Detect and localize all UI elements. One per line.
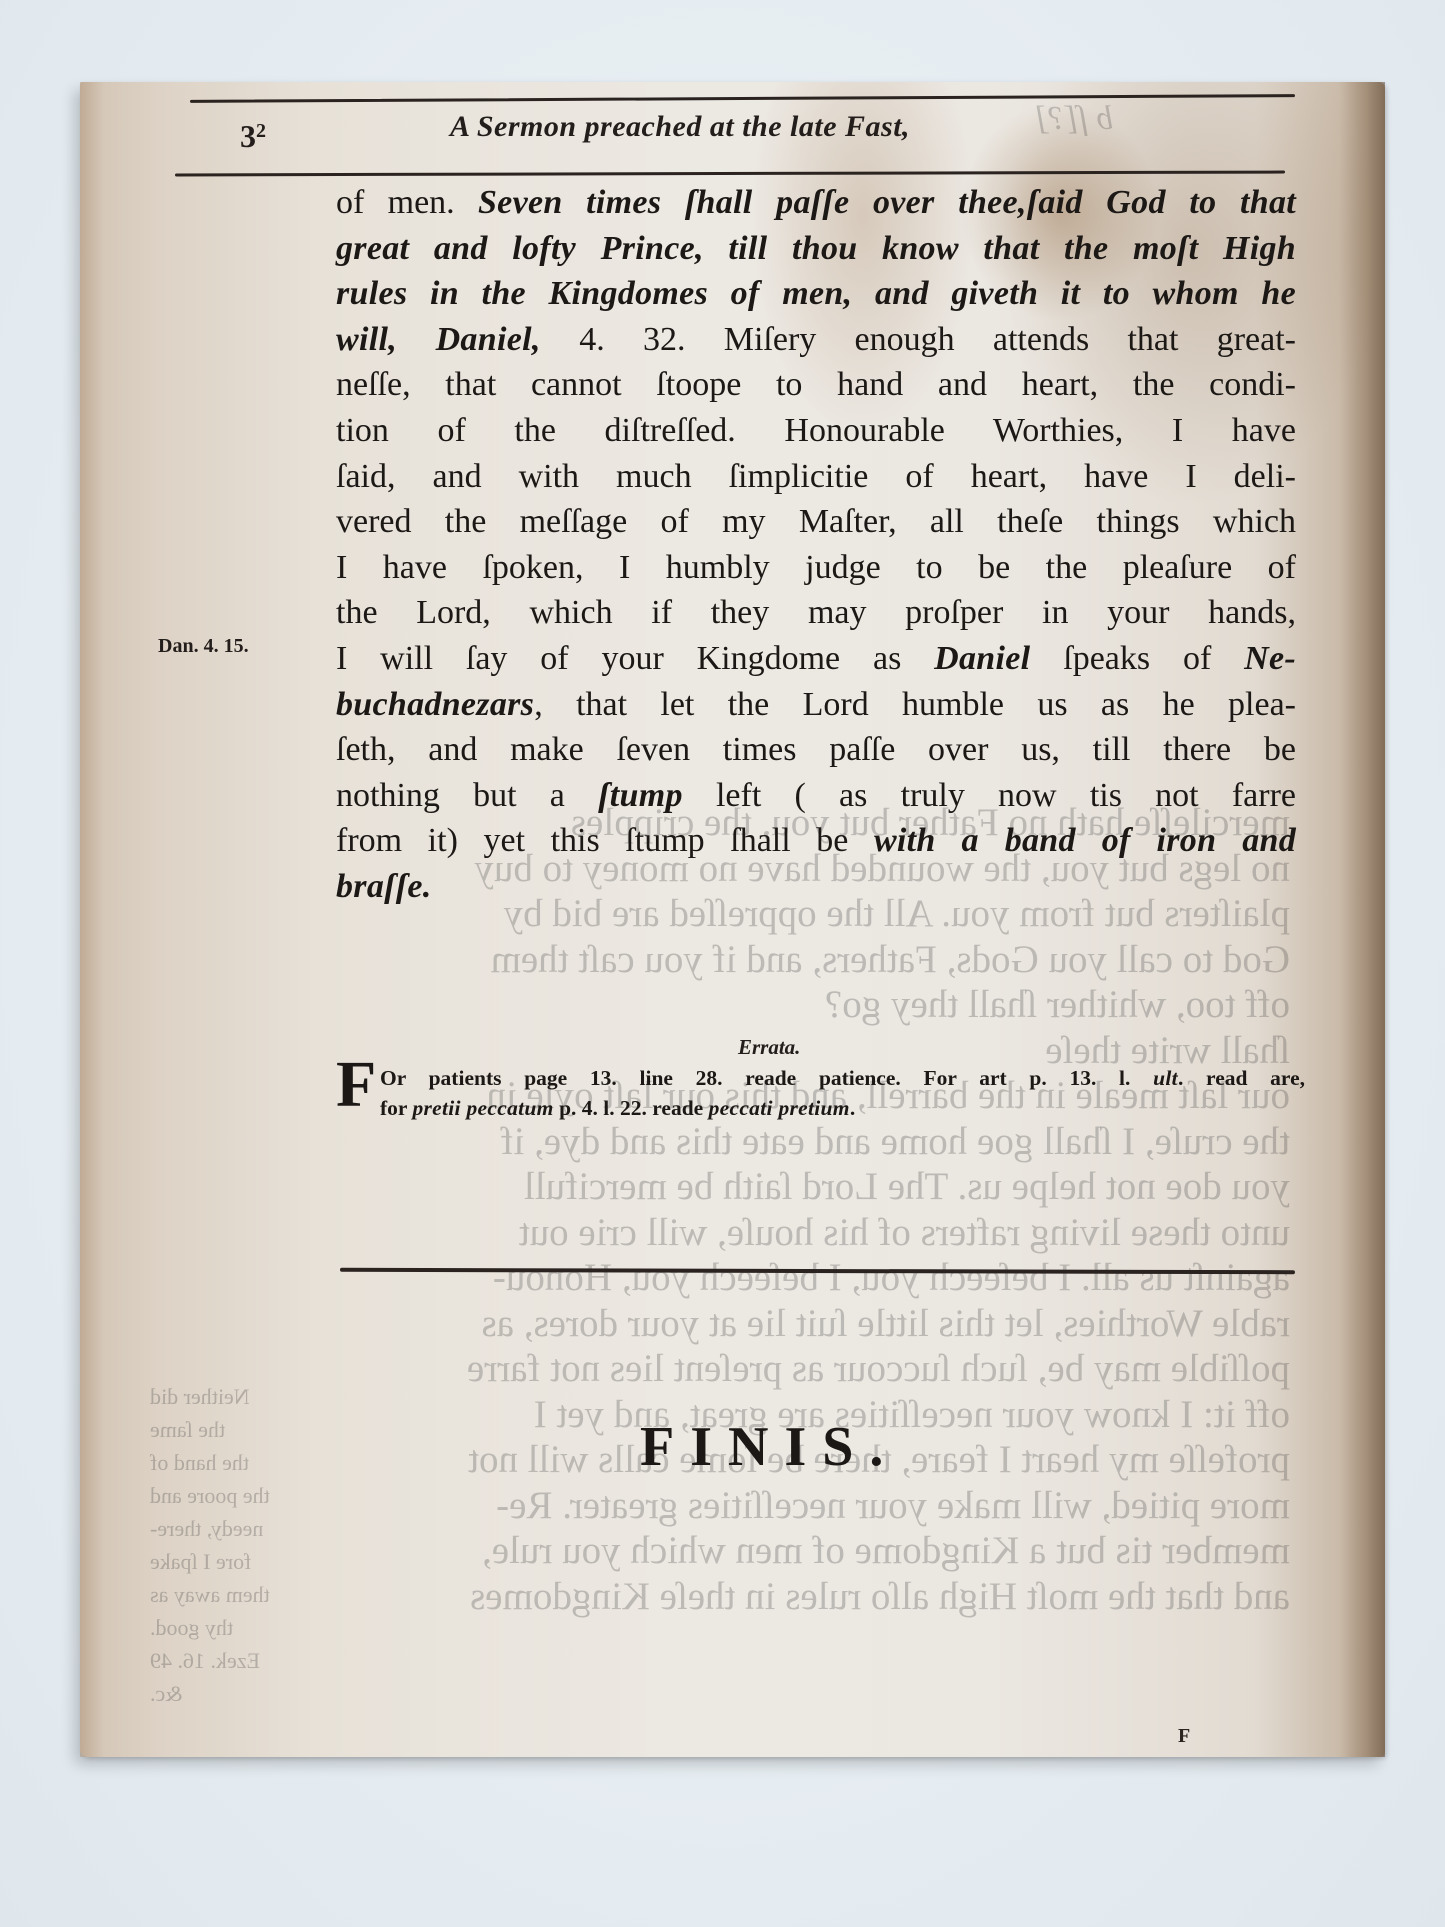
page-number: 32 — [240, 118, 266, 155]
body-line: great and lofty Prince, till thou know t… — [336, 226, 1296, 272]
errata-line-2: for pretii peccatum p. 4. l. 22. reade p… — [380, 1093, 1305, 1123]
body-line: vered the meſſage of my Maſter, all theſ… — [336, 499, 1296, 545]
body-line: will, Daniel, 4. 32. Miſery enough atten… — [336, 317, 1296, 363]
signature-mark: F — [1178, 1725, 1190, 1748]
italic-run: will, Daniel, — [336, 321, 579, 358]
errata-body: Or patients page 13. line 28. reade pati… — [380, 1063, 1305, 1123]
errata-title: Errata. — [738, 1035, 800, 1060]
page-number-main: 3 — [240, 118, 256, 154]
paper-edge-left — [80, 82, 104, 1757]
roman-run: of men. — [336, 184, 478, 221]
roman-run: Or patients page 13. line 28. reade pati… — [380, 1066, 1153, 1090]
body-line: nothing but a ſtump left ( as truly now … — [336, 773, 1296, 819]
roman-run: left ( as truly now tis not farre — [683, 777, 1296, 814]
body-line: the Lord, which if they may proſper in y… — [336, 590, 1296, 636]
roman-run: the Lord, which if they may proſper in y… — [336, 594, 1296, 631]
body-line: buchadnezars, that let the Lord humble u… — [336, 682, 1296, 728]
italic-run: ſtump — [598, 777, 683, 814]
errata-line-1: Or patients page 13. line 28. reade pati… — [380, 1063, 1305, 1093]
italic-run: ult — [1153, 1066, 1178, 1090]
running-head: A Sermon preached at the late Fast, — [450, 110, 910, 144]
body-line: I will ſay of your Kingdome as Daniel ſp… — [336, 636, 1296, 682]
roman-run: for — [380, 1096, 412, 1120]
body-line: tion of the diſtreſſed. Honourable Worth… — [336, 408, 1296, 454]
roman-run: ſeth, and make ſeven times paſſe over us… — [336, 731, 1296, 768]
roman-run: 4. 32. Miſery enough attends that great- — [579, 321, 1296, 358]
roman-run: ſpeaks of — [1030, 640, 1244, 677]
body-line: braſſe. — [336, 864, 1296, 910]
body-line: I have ſpoken, I humbly judge to be the … — [336, 545, 1296, 591]
roman-run: p. 4. l. 22. reade — [554, 1096, 709, 1120]
errata-dropcap: F — [336, 1052, 376, 1118]
finis-heading: FINIS. — [640, 1415, 899, 1479]
roman-run: . read are, — [1178, 1066, 1305, 1090]
roman-run: ſaid, and with much ſimplicitie of heart… — [336, 458, 1296, 495]
italic-run: pretii peccatum — [412, 1096, 553, 1120]
roman-run: neſſe, that cannot ſtoope to hand and he… — [336, 366, 1296, 403]
roman-run: nothing but a — [336, 777, 598, 814]
italic-run: peccati pretium — [709, 1096, 850, 1120]
italic-run: buchadnezars — [336, 686, 534, 723]
margin-note-scripture-ref: Dan. 4. 15. — [158, 635, 249, 658]
body-line: ſaid, and with much ſimplicitie of heart… — [336, 454, 1296, 500]
italic-run: great and lofty Prince, till thou know t… — [336, 230, 1296, 267]
roman-run: I have ſpoken, I humbly judge to be the … — [336, 549, 1296, 586]
italic-run: with a band of iron and — [874, 822, 1296, 859]
roman-run: I will ſay of your Kingdome as — [336, 640, 934, 677]
body-line: from it) yet this ſtump ſhall be with a … — [336, 818, 1296, 864]
roman-run: from it) yet this ſtump ſhall be — [336, 822, 874, 859]
body-line: neſſe, that cannot ſtoope to hand and he… — [336, 362, 1296, 408]
paper-edge-right-worn — [1339, 82, 1385, 1757]
italic-run: Daniel — [934, 640, 1030, 677]
body-line: rules in the Kingdomes of men, and givet… — [336, 271, 1296, 317]
body-text: of men. Seven times ſhall paſſe over the… — [336, 180, 1296, 910]
italic-run: Ne- — [1244, 640, 1296, 677]
italic-run: rules in the Kingdomes of men, and givet… — [336, 275, 1296, 312]
roman-run: tion of the diſtreſſed. Honourable Worth… — [336, 412, 1296, 449]
body-line: ſeth, and make ſeven times paſſe over us… — [336, 727, 1296, 773]
body-line: of men. Seven times ſhall paſſe over the… — [336, 180, 1296, 226]
roman-run: . — [850, 1096, 855, 1120]
roman-run: vered the meſſage of my Maſter, all theſ… — [336, 503, 1296, 540]
italic-run: Seven times ſhall paſſe over thee,ſaid G… — [478, 184, 1296, 221]
roman-run: , that let the Lord humble us as he plea… — [534, 686, 1296, 723]
ghost-handwriting: b ſ[?] — [1035, 100, 1113, 138]
italic-run: braſſe. — [336, 868, 432, 905]
show-through-margin-notes: Neither did the ſame the hand of the poo… — [150, 1380, 330, 1710]
page-number-sup: 2 — [256, 120, 266, 142]
